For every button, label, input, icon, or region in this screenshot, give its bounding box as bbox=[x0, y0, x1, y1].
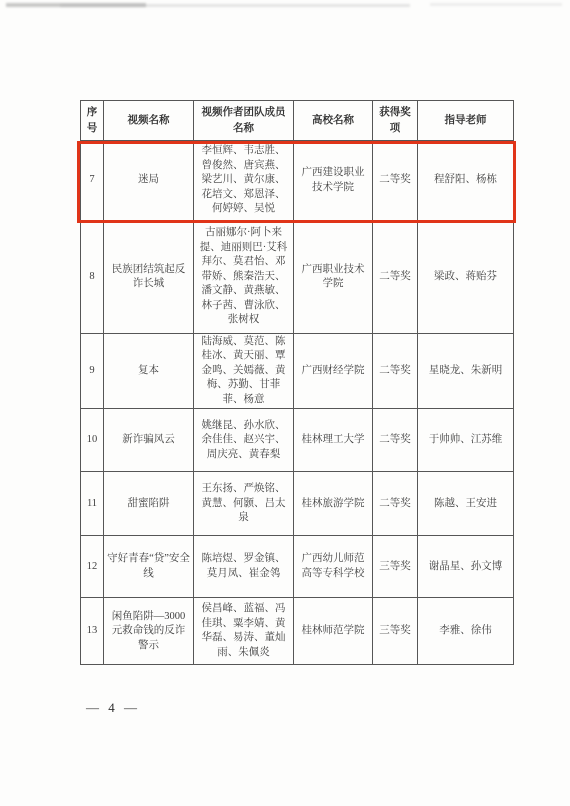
cell-no: 13 bbox=[81, 598, 104, 665]
col-header-no: 序号 bbox=[81, 101, 104, 141]
col-header-school: 高校名称 bbox=[294, 101, 373, 141]
cell-members: 侯昌峰、蓝福、冯佳琪、粟李婧、黄华磊、易涛、董灿雨、朱佩炎 bbox=[194, 598, 294, 665]
cell-title: 闲鱼陷阱—3000元救命钱的反诈警示 bbox=[104, 598, 194, 665]
header-row: 序号视频名称视频作者团队成员名称高校名称获得奖项指导老师 bbox=[81, 101, 514, 141]
cell-members: 李恒辉、韦志胜、曾俊然、唐宾燕、梁艺川、黄尔康、花培文、郑恩泽、何婷婷、吴悦 bbox=[194, 141, 294, 221]
cell-title: 迷局 bbox=[104, 141, 194, 221]
cell-award: 三等奖 bbox=[373, 536, 418, 598]
cell-school: 广西财经学院 bbox=[294, 334, 373, 409]
table-row: 8民族团结筑起反诈长城古丽娜尔·阿卜来提、迪丽则巴·艾科拜尔、莫君怡、邓带娇、熊… bbox=[81, 221, 514, 334]
table-row: 9复本陆海威、莫范、陈桂冰、黄天丽、覃金鸣、关嫣薇、黄梅、苏勤、甘菲菲、杨意广西… bbox=[81, 334, 514, 409]
cell-members: 姚继昆、孙水欣、余佳佳、赵兴宇、周庆亮、黄春梨 bbox=[194, 409, 294, 472]
cell-award: 二等奖 bbox=[373, 141, 418, 221]
cell-no: 12 bbox=[81, 536, 104, 598]
cell-no: 7 bbox=[81, 141, 104, 221]
cell-school: 桂林师范学院 bbox=[294, 598, 373, 665]
cell-school: 广西职业技术学院 bbox=[294, 221, 373, 334]
cell-no: 8 bbox=[81, 221, 104, 334]
table-row-highlighted: 7迷局李恒辉、韦志胜、曾俊然、唐宾燕、梁艺川、黄尔康、花培文、郑恩泽、何婷婷、吴… bbox=[81, 141, 514, 221]
cell-no: 11 bbox=[81, 472, 104, 536]
scan-edge-artifact bbox=[430, 3, 562, 6]
cell-advisors: 陈越、王安进 bbox=[418, 472, 514, 536]
table-row: 11甜蜜陷阱王东扬、严焕铭、黄慧、何颢、吕太泉桂林旅游学院二等奖陈越、王安进 bbox=[81, 472, 514, 536]
cell-title: 守好青春“贷”安全线 bbox=[104, 536, 194, 598]
cell-no: 9 bbox=[81, 334, 104, 409]
cell-title: 新诈骗风云 bbox=[104, 409, 194, 472]
table-row: 13闲鱼陷阱—3000元救命钱的反诈警示侯昌峰、蓝福、冯佳琪、粟李婧、黄华磊、易… bbox=[81, 598, 514, 665]
cell-award: 二等奖 bbox=[373, 472, 418, 536]
cell-members: 古丽娜尔·阿卜来提、迪丽则巴·艾科拜尔、莫君怡、邓带娇、熊秦浩天、潘文静、黄燕敏… bbox=[194, 221, 294, 334]
cell-advisors: 李雅、徐伟 bbox=[418, 598, 514, 665]
awards-table-header: 序号视频名称视频作者团队成员名称高校名称获得奖项指导老师 bbox=[81, 101, 514, 141]
cell-advisors: 于帅帅、江苏维 bbox=[418, 409, 514, 472]
cell-advisors: 谢晶星、孙文博 bbox=[418, 536, 514, 598]
col-header-members: 视频作者团队成员名称 bbox=[194, 101, 294, 141]
cell-award: 二等奖 bbox=[373, 409, 418, 472]
cell-award: 二等奖 bbox=[373, 334, 418, 409]
awards-table: 序号视频名称视频作者团队成员名称高校名称获得奖项指导老师 7迷局李恒辉、韦志胜、… bbox=[80, 100, 514, 665]
cell-award: 二等奖 bbox=[373, 221, 418, 334]
awards-table-body: 7迷局李恒辉、韦志胜、曾俊然、唐宾燕、梁艺川、黄尔康、花培文、郑恩泽、何婷婷、吴… bbox=[81, 141, 514, 665]
cell-title: 复本 bbox=[104, 334, 194, 409]
cell-members: 陆海威、莫范、陈桂冰、黄天丽、覃金鸣、关嫣薇、黄梅、苏勤、甘菲菲、杨意 bbox=[194, 334, 294, 409]
cell-advisors: 梁政、蒋贻芬 bbox=[418, 221, 514, 334]
cell-no: 10 bbox=[81, 409, 104, 472]
cell-members: 陈培煜、罗金镇、莫月凤、崔金鸰 bbox=[194, 536, 294, 598]
cell-advisors: 星晓龙、朱新明 bbox=[418, 334, 514, 409]
page-number: — 4 — bbox=[86, 700, 140, 716]
table-row: 10新诈骗风云姚继昆、孙水欣、余佳佳、赵兴宇、周庆亮、黄春梨桂林理工大学二等奖于… bbox=[81, 409, 514, 472]
cell-school: 桂林旅游学院 bbox=[294, 472, 373, 536]
cell-members: 王东扬、严焕铭、黄慧、何颢、吕太泉 bbox=[194, 472, 294, 536]
cell-school: 广西幼儿师范高等专科学校 bbox=[294, 536, 373, 598]
col-header-award: 获得奖项 bbox=[373, 101, 418, 141]
table-row: 12守好青春“贷”安全线陈培煜、罗金镇、莫月凤、崔金鸰广西幼儿师范高等专科学校三… bbox=[81, 536, 514, 598]
document-page: 序号视频名称视频作者团队成员名称高校名称获得奖项指导老师 7迷局李恒辉、韦志胜、… bbox=[0, 0, 570, 806]
cell-school: 桂林理工大学 bbox=[294, 409, 373, 472]
scan-edge-artifact bbox=[60, 4, 410, 7]
cell-award: 三等奖 bbox=[373, 598, 418, 665]
cell-title: 民族团结筑起反诈长城 bbox=[104, 221, 194, 334]
cell-school: 广西建设职业技术学院 bbox=[294, 141, 373, 221]
col-header-title: 视频名称 bbox=[104, 101, 194, 141]
cell-title: 甜蜜陷阱 bbox=[104, 472, 194, 536]
col-header-advisors: 指导老师 bbox=[418, 101, 514, 141]
cell-advisors: 程舒阳、杨栋 bbox=[418, 141, 514, 221]
